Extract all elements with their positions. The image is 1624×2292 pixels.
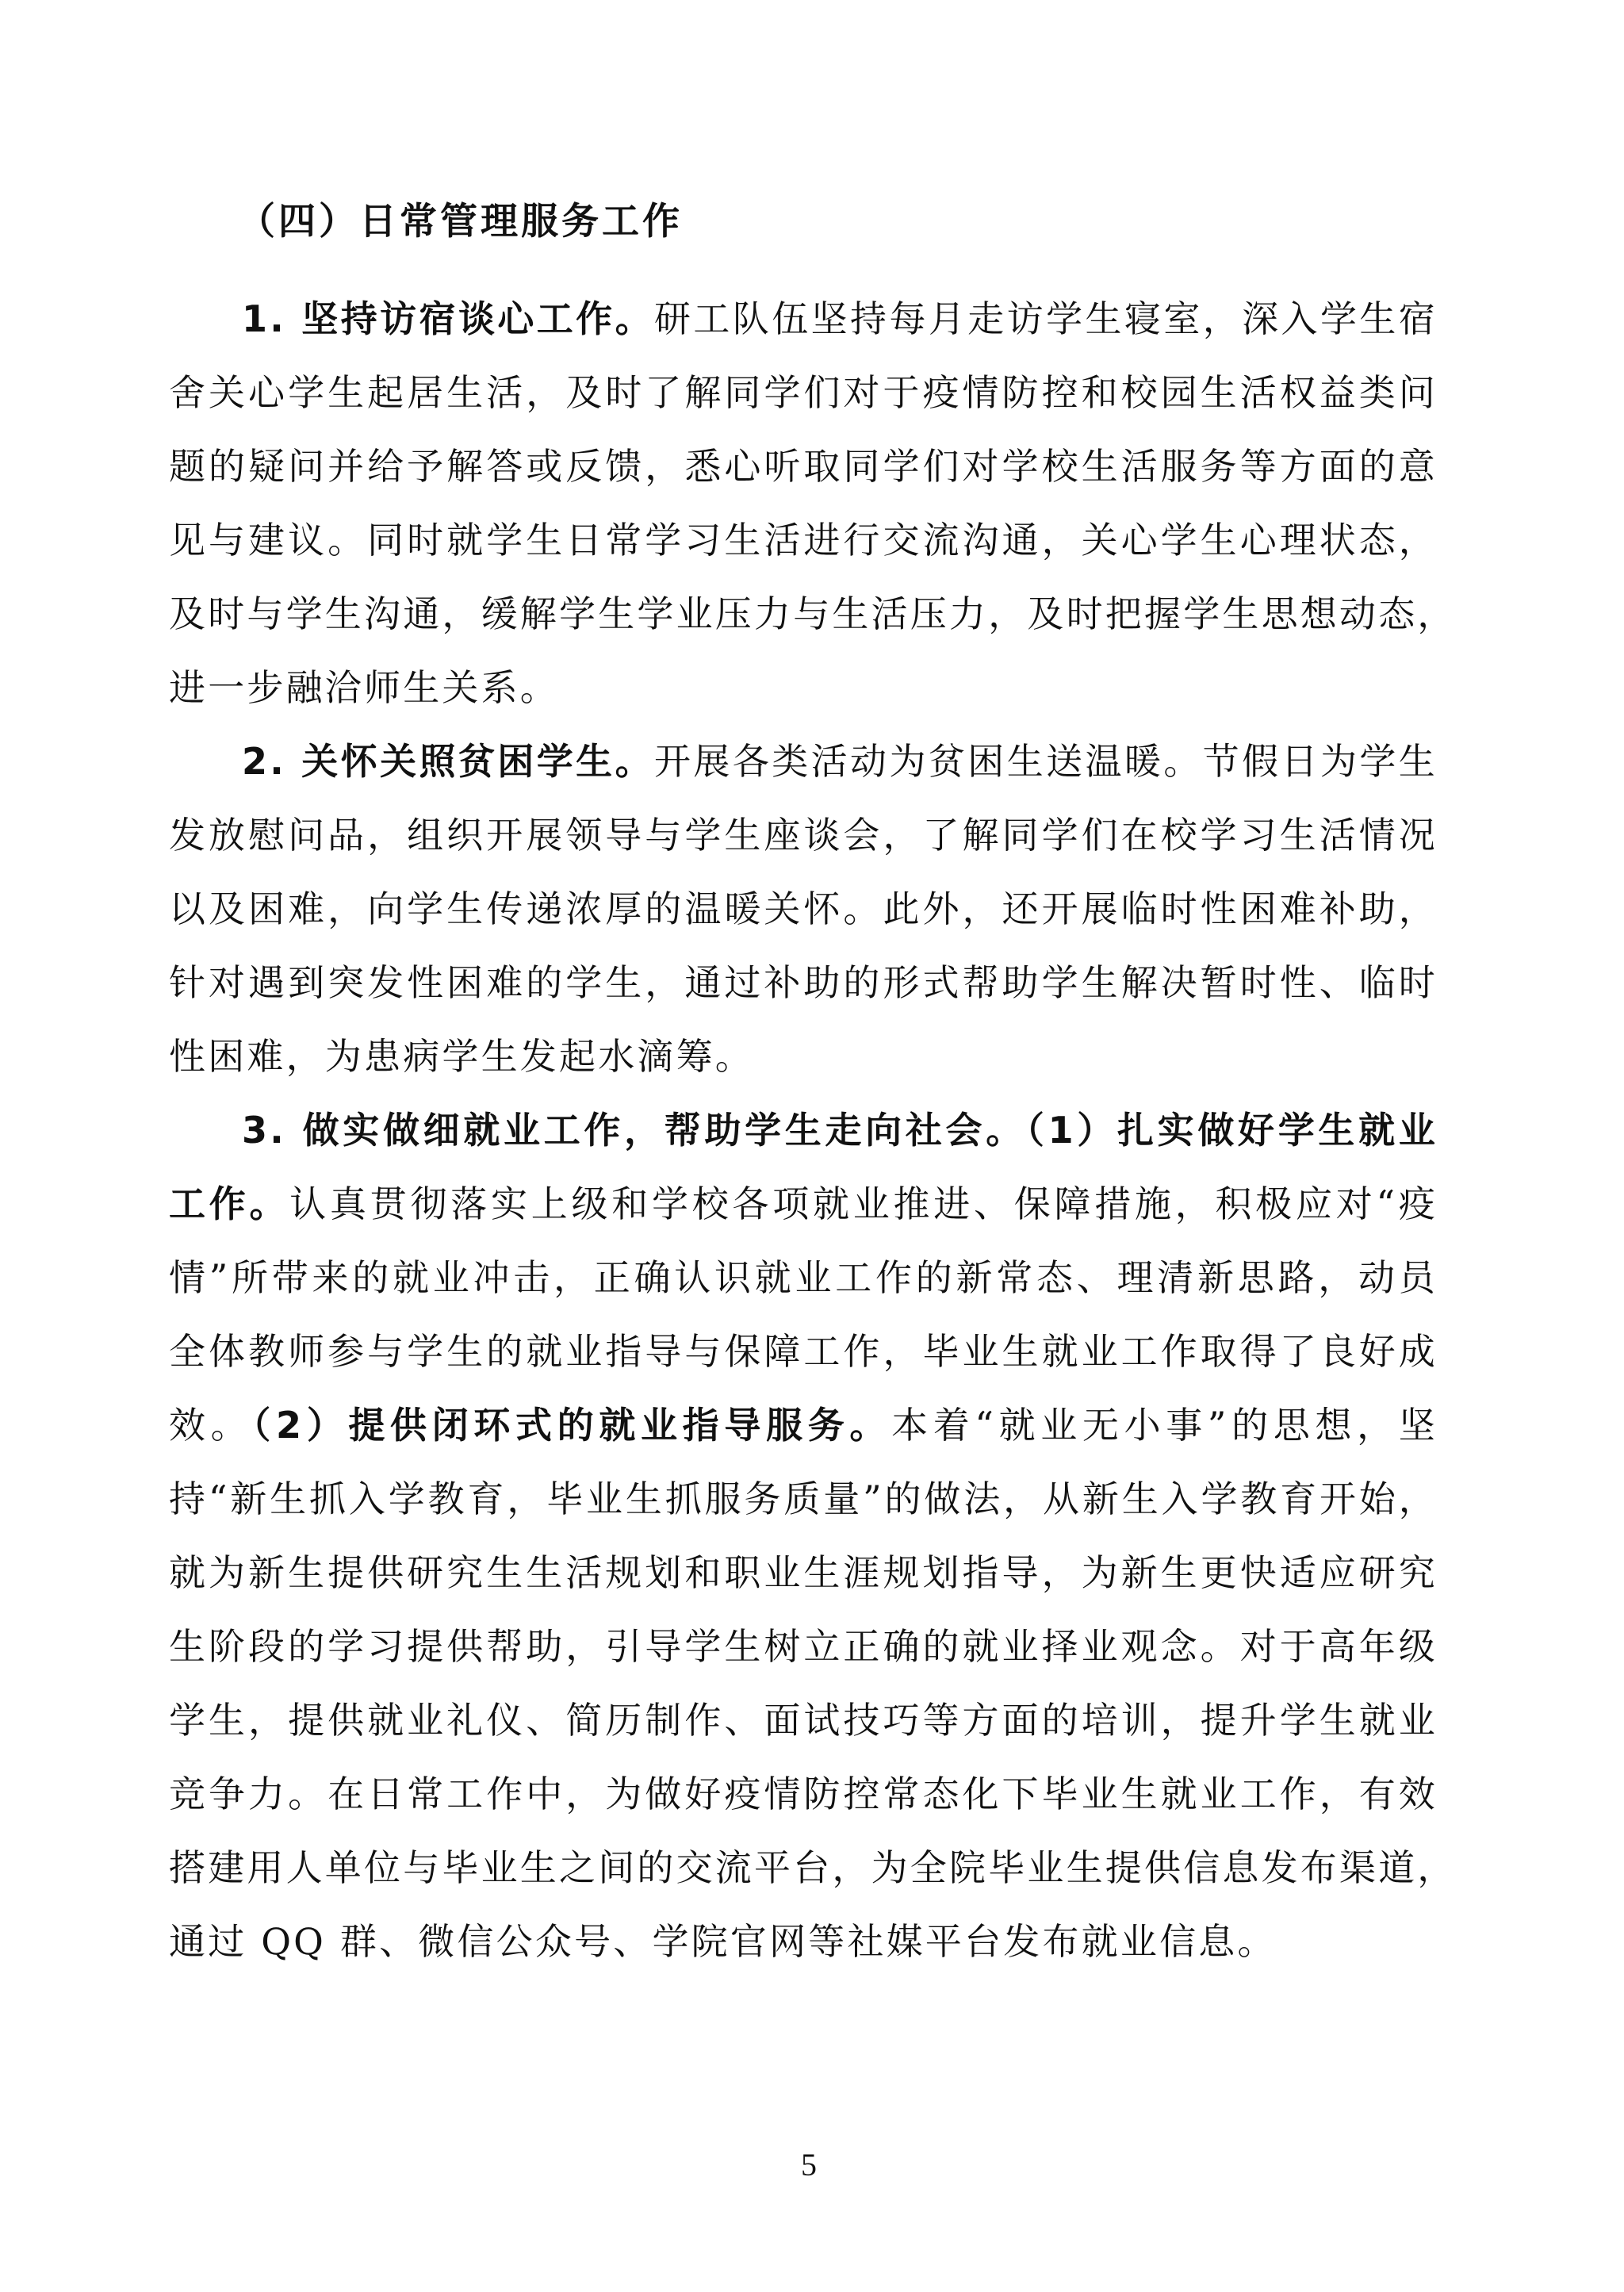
paragraph-3-bold-cont: 工作。	[169, 1182, 289, 1225]
paragraph-3-text: 认真贯彻落实上级和学校各项就业推进、保障措施，积极应对“疫	[289, 1182, 1438, 1225]
paragraph-3-line-4: 全体教师参与学生的就业指导与保障工作，毕业生就业工作取得了良好成	[169, 1328, 1438, 1375]
paragraph-1-text: 研工队伍坚持每月走访学生寝室，深入学生宿	[654, 297, 1438, 340]
paragraph-2-bold-lead: 2. 关怀关照贫困学生。	[242, 740, 654, 783]
paragraph-2-line-5: 性困难，为患病学生发起水滴筹。	[169, 1033, 1438, 1080]
paragraph-1-line-1: 1. 坚持访宿谈心工作。研工队伍坚持每月走访学生寝室，深入学生宿	[242, 295, 1438, 343]
paragraph-1-bold-lead: 1. 坚持访宿谈心工作。	[242, 297, 654, 340]
paragraph-3-line-10: 竞争力。在日常工作中，为做好疫情防控常态化下毕业生就业工作，有效	[169, 1770, 1438, 1818]
paragraph-3-line-9: 学生，提供就业礼仪、简历制作、面试技巧等方面的培训，提升学生就业	[169, 1696, 1438, 1744]
paragraph-3-line-12: 通过 QQ 群、微信公众号、学院官网等社媒平台发布就业信息。	[169, 1918, 1438, 1965]
paragraph-3-line-8: 生阶段的学习提供帮助，引导学生树立正确的就业择业观念。对于高年级	[169, 1623, 1438, 1670]
page-number: 5	[801, 2145, 817, 2185]
paragraph-3-mid-bold: （2）提供闭环式的就业指导服务。	[252, 1404, 891, 1447]
paragraph-2-line-2: 发放慰问品，组织开展领导与学生座谈会，了解同学们在校学习生活情况	[169, 811, 1438, 859]
paragraph-2-text: 开展各类活动为贫困生送温暖。节假日为学生	[654, 740, 1438, 783]
paragraph-2-line-4: 针对遇到突发性困难的学生，通过补助的形式帮助学生解决暂时性、临时	[169, 959, 1438, 1006]
paragraph-1-line-4: 见与建议。同时就学生日常学习生活进行交流沟通，关心学生心理状态，	[169, 516, 1438, 564]
paragraph-2-line-1: 2. 关怀关照贫困学生。开展各类活动为贫困生送温暖。节假日为学生	[242, 738, 1438, 785]
paragraph-3-line-5: 效。（2）提供闭环式的就业指导服务。本着“就业无小事”的思想，坚	[169, 1401, 1438, 1449]
paragraph-3-line-6: 持“新生抓入学教育，毕业生抓服务质量”的做法，从新生入学教育开始，	[169, 1475, 1438, 1523]
paragraph-1-line-6: 进一步融洽师生关系。	[169, 664, 1438, 711]
paragraph-1-line-5: 及时与学生沟通，缓解学生学业压力与生活压力，及时把握学生思想动态，	[169, 590, 1438, 638]
paragraph-3-line-7: 就为新生提供研究生生活规划和职业生涯规划指导，为新生更快适应研究	[169, 1549, 1438, 1596]
paragraph-3-line-1: 3. 做实做细就业工作，帮助学生走向社会。（1）扎实做好学生就业	[242, 1106, 1438, 1154]
paragraph-3-line-11: 搭建用人单位与毕业生之间的交流平台，为全院毕业生提供信息发布渠道，	[169, 1844, 1438, 1891]
paragraph-1-line-3: 题的疑问并给予解答或反馈，悉心听取同学们对学校生活服务等方面的意	[169, 443, 1438, 490]
paragraph-3-mid-before: 效。	[169, 1404, 252, 1447]
section-heading: （四）日常管理服务工作	[238, 198, 683, 246]
paragraph-3-mid-after: 本着“就业无小事”的思想，坚	[891, 1404, 1438, 1447]
paragraph-3-line-2: 工作。认真贯彻落实上级和学校各项就业推进、保障措施，积极应对“疫	[169, 1180, 1438, 1228]
paragraph-3-line-3: 情”所带来的就业冲击，正确认识就业工作的新常态、理清新思路，动员	[169, 1254, 1438, 1301]
paragraph-1-line-2: 舍关心学生起居生活，及时了解同学们对于疫情防控和校园生活权益类问	[169, 369, 1438, 416]
document-page: （四）日常管理服务工作 1. 坚持访宿谈心工作。研工队伍坚持每月走访学生寝室，深…	[0, 0, 1624, 2292]
paragraph-2-line-3: 以及困难，向学生传递浓厚的温暖关怀。此外，还开展临时性困难补助，	[169, 885, 1438, 933]
